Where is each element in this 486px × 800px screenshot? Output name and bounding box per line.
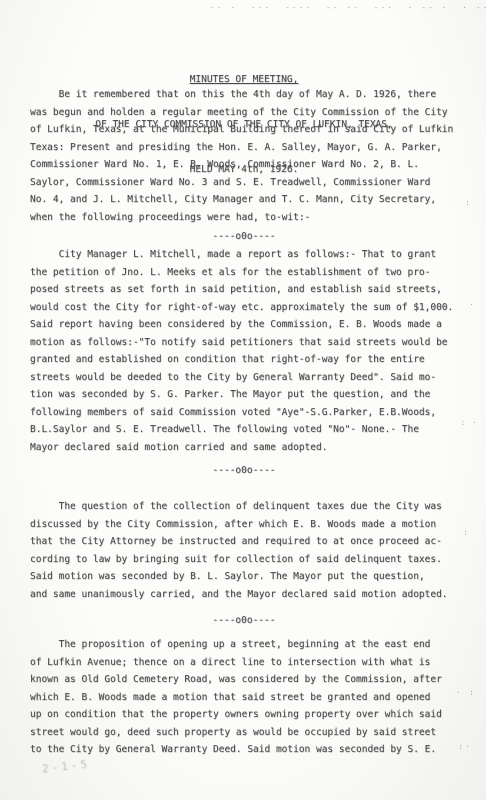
paragraph-street-opening: The proposition of opening up a street, … bbox=[30, 636, 458, 759]
section-divider-3: ----o0o---- bbox=[30, 612, 458, 630]
scan-artifact-right-3: : · bbox=[461, 418, 478, 427]
scan-artifact-right-6: :· bbox=[458, 742, 472, 751]
scan-artifact-right-1: : bbox=[465, 198, 472, 207]
section-divider-1: ----o0o---- bbox=[30, 228, 458, 246]
section-divider-2: ----o0o---- bbox=[30, 462, 458, 480]
title-line-1: MINUTES OF MEETING, bbox=[190, 72, 299, 87]
scanned-minutes-page: -- · --- ---- -- ·- --· - -- · · -- MINU… bbox=[0, 0, 486, 800]
scan-artifact-top-edge: -- · --- ---- -- ·- --· - -- · · -- bbox=[210, 3, 480, 12]
scan-artifact-right-5: · : bbox=[456, 688, 476, 697]
scan-artifact-right-2: · bbox=[469, 300, 476, 309]
handwritten-pencil-mark: 2-1-5 bbox=[41, 758, 90, 776]
scan-artifact-right-4: : bbox=[463, 528, 470, 537]
paragraph-opening-record: Be it remembered that on this the 4th da… bbox=[30, 86, 458, 226]
paragraph-delinquent-taxes: The question of the collection of delinq… bbox=[30, 498, 458, 603]
paragraph-streets-petition: City Manager L. Mitchell, made a report … bbox=[30, 246, 458, 456]
